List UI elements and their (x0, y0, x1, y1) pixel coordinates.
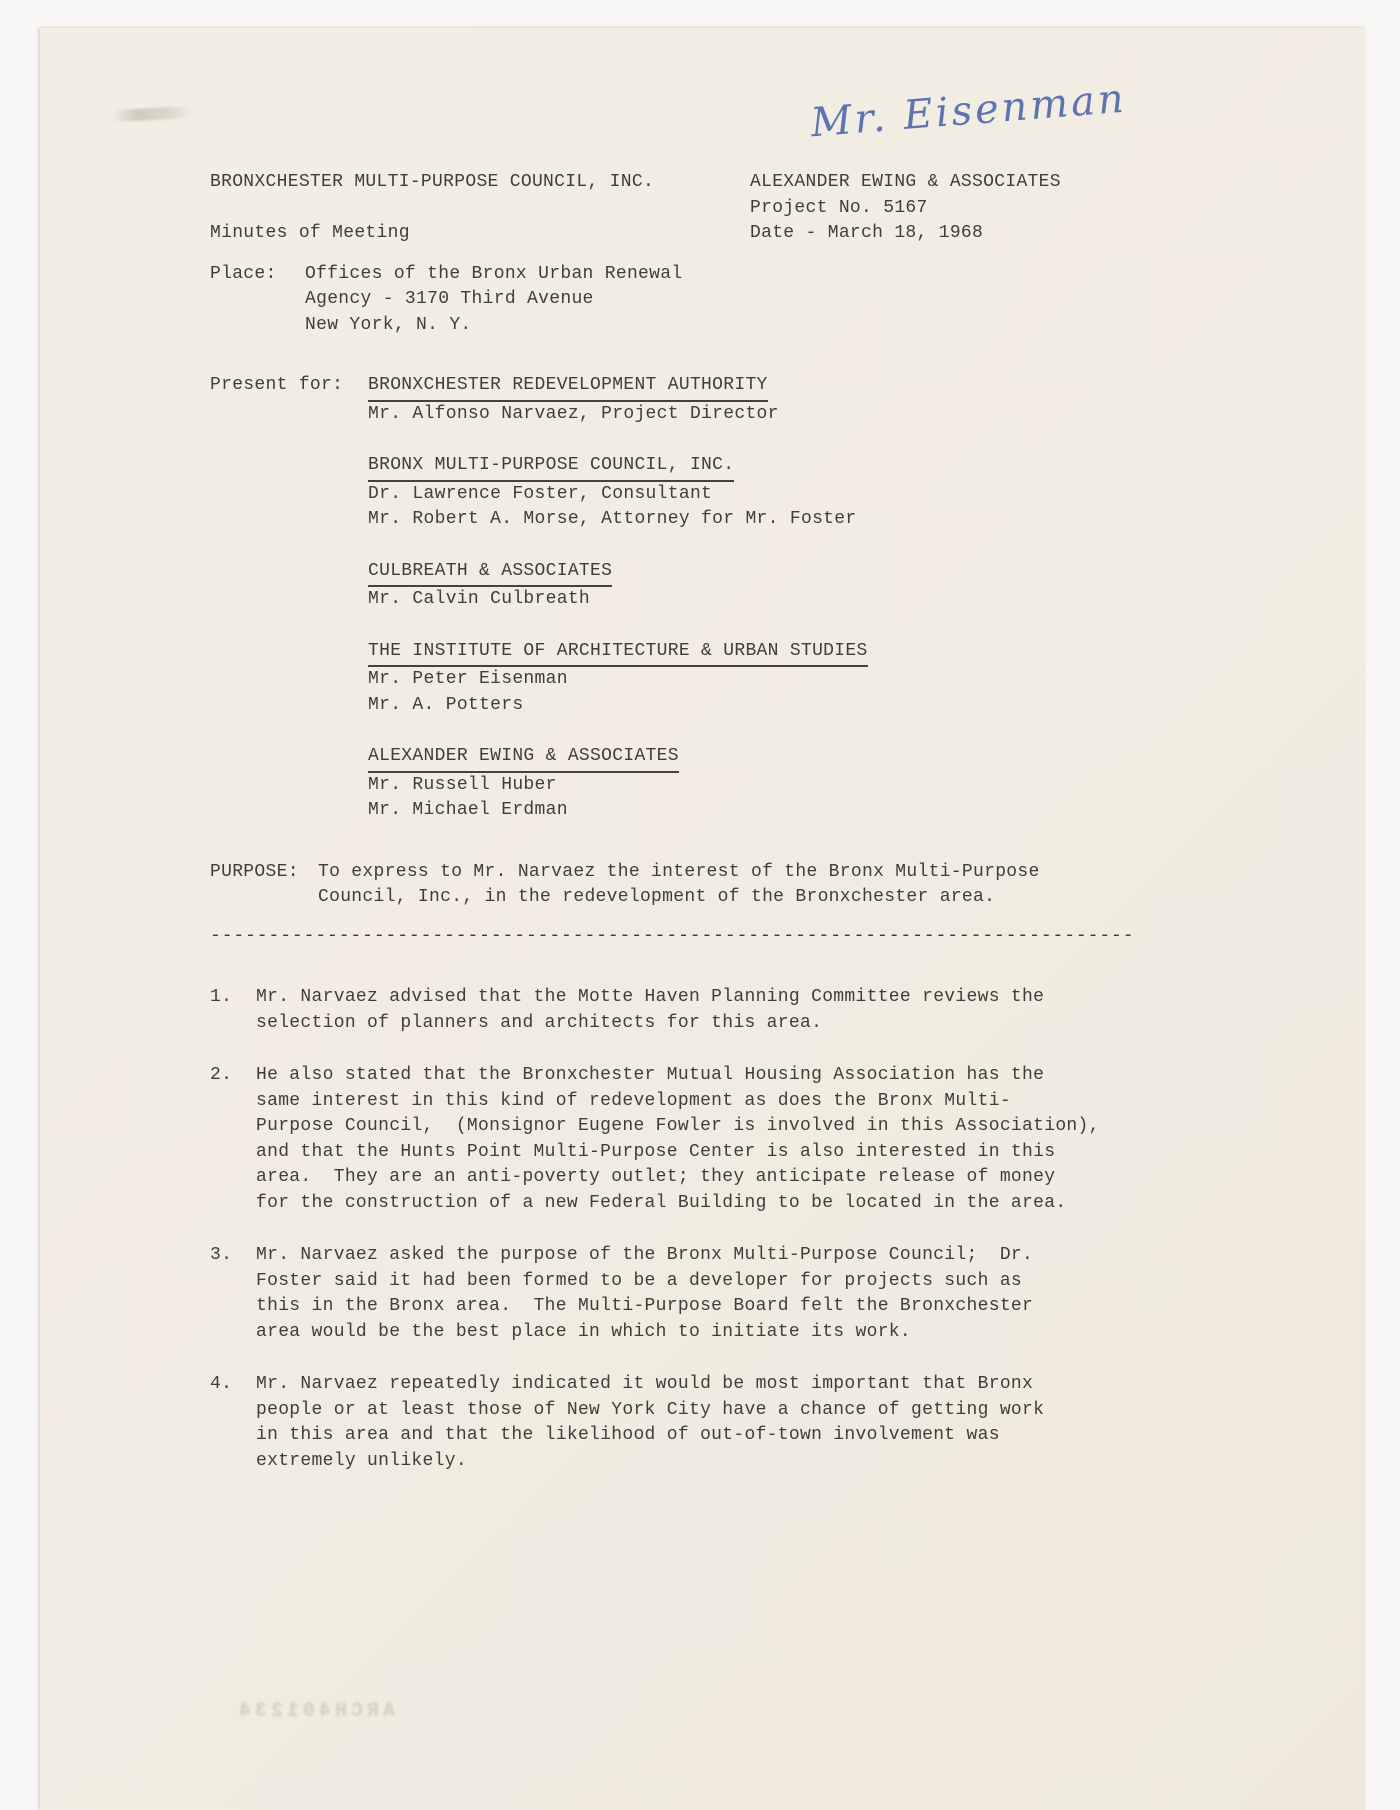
item-text: He also stated that the Bronxchester Mut… (256, 1063, 1100, 1216)
group-attendees: Dr. Lawrence Foster, Consultant Mr. Robe… (368, 482, 868, 533)
item-number: 2. (210, 1063, 256, 1216)
document-content: BRONXCHESTER MULTI-PURPOSE COUNCIL, INC.… (210, 170, 1160, 1501)
organization-name: BRONXCHESTER MULTI-PURPOSE COUNCIL, INC. (210, 170, 750, 196)
minutes-item: 1. Mr. Narvaez advised that the Motte Ha… (210, 985, 1160, 1036)
item-text: Mr. Narvaez advised that the Motte Haven… (256, 985, 1044, 1036)
firm-name: ALEXANDER EWING & ASSOCIATES (750, 170, 1061, 196)
handwritten-annotation: Mr. Eisenman (809, 60, 1331, 147)
attendee-groups: BRONXCHESTER REDEVELOPMENT AUTHORITY Mr.… (368, 373, 868, 850)
meeting-date: Date - March 18, 1968 (750, 221, 1061, 247)
item-number: 1. (210, 985, 256, 1036)
place-section: Place: Offices of the Bronx Urban Renewa… (210, 262, 1160, 339)
header-right-column: ALEXANDER EWING & ASSOCIATES Project No.… (750, 170, 1061, 247)
group-attendees: Mr. Peter Eisenman Mr. A. Potters (368, 667, 868, 718)
present-for-label: Present for: (210, 373, 368, 850)
attendee-group: BRONXCHESTER REDEVELOPMENT AUTHORITY Mr.… (368, 373, 868, 427)
group-org-name: BRONXCHESTER REDEVELOPMENT AUTHORITY (368, 373, 768, 402)
minutes-item: 4. Mr. Narvaez repeatedly indicated it w… (210, 1372, 1160, 1474)
dashed-separator: ----------------------------------------… (210, 924, 1160, 950)
group-attendees: Mr. Russell Huber Mr. Michael Erdman (368, 773, 868, 824)
document-type: Minutes of Meeting (210, 221, 750, 247)
place-label: Place: (210, 262, 305, 339)
group-attendees: Mr. Calvin Culbreath (368, 587, 868, 613)
header-left-column: BRONXCHESTER MULTI-PURPOSE COUNCIL, INC.… (210, 170, 750, 247)
attendee-group: THE INSTITUTE OF ARCHITECTURE & URBAN ST… (368, 639, 868, 719)
group-org-name: BRONX MULTI-PURPOSE COUNCIL, INC. (368, 453, 734, 482)
attendee-group: BRONX MULTI-PURPOSE COUNCIL, INC. Dr. La… (368, 453, 868, 533)
attendees-section: Present for: BRONXCHESTER REDEVELOPMENT … (210, 373, 1160, 850)
group-org-name: CULBREATH & ASSOCIATES (368, 559, 612, 588)
purpose-text: To express to Mr. Narvaez the interest o… (318, 860, 1040, 911)
document-header: BRONXCHESTER MULTI-PURPOSE COUNCIL, INC.… (210, 170, 1160, 247)
paper-scuff-mark (112, 106, 195, 122)
spacer (210, 196, 750, 222)
minutes-item: 3. Mr. Narvaez asked the purpose of the … (210, 1243, 1160, 1345)
item-number: 4. (210, 1372, 256, 1474)
bleedthrough-stamp: ARCH401234 (235, 1700, 395, 1723)
group-org-name: THE INSTITUTE OF ARCHITECTURE & URBAN ST… (368, 639, 868, 668)
item-text: Mr. Narvaez asked the purpose of the Bro… (256, 1243, 1033, 1345)
group-org-name: ALEXANDER EWING & ASSOCIATES (368, 744, 679, 773)
purpose-label: PURPOSE: (210, 860, 318, 911)
project-number: Project No. 5167 (750, 196, 1061, 222)
item-text: Mr. Narvaez repeatedly indicated it woul… (256, 1372, 1044, 1474)
place-address: Offices of the Bronx Urban Renewal Agenc… (305, 262, 682, 339)
item-number: 3. (210, 1243, 256, 1345)
group-attendees: Mr. Alfonso Narvaez, Project Director (368, 402, 868, 428)
attendee-group: ALEXANDER EWING & ASSOCIATES Mr. Russell… (368, 744, 868, 824)
purpose-section: PURPOSE: To express to Mr. Narvaez the i… (210, 860, 1160, 911)
minutes-items: 1. Mr. Narvaez advised that the Motte Ha… (210, 985, 1160, 1474)
attendee-group: CULBREATH & ASSOCIATES Mr. Calvin Culbre… (368, 559, 868, 613)
minutes-item: 2. He also stated that the Bronxchester … (210, 1063, 1160, 1216)
document-page: Mr. Eisenman BRONXCHESTER MULTI-PURPOSE … (40, 28, 1365, 1810)
